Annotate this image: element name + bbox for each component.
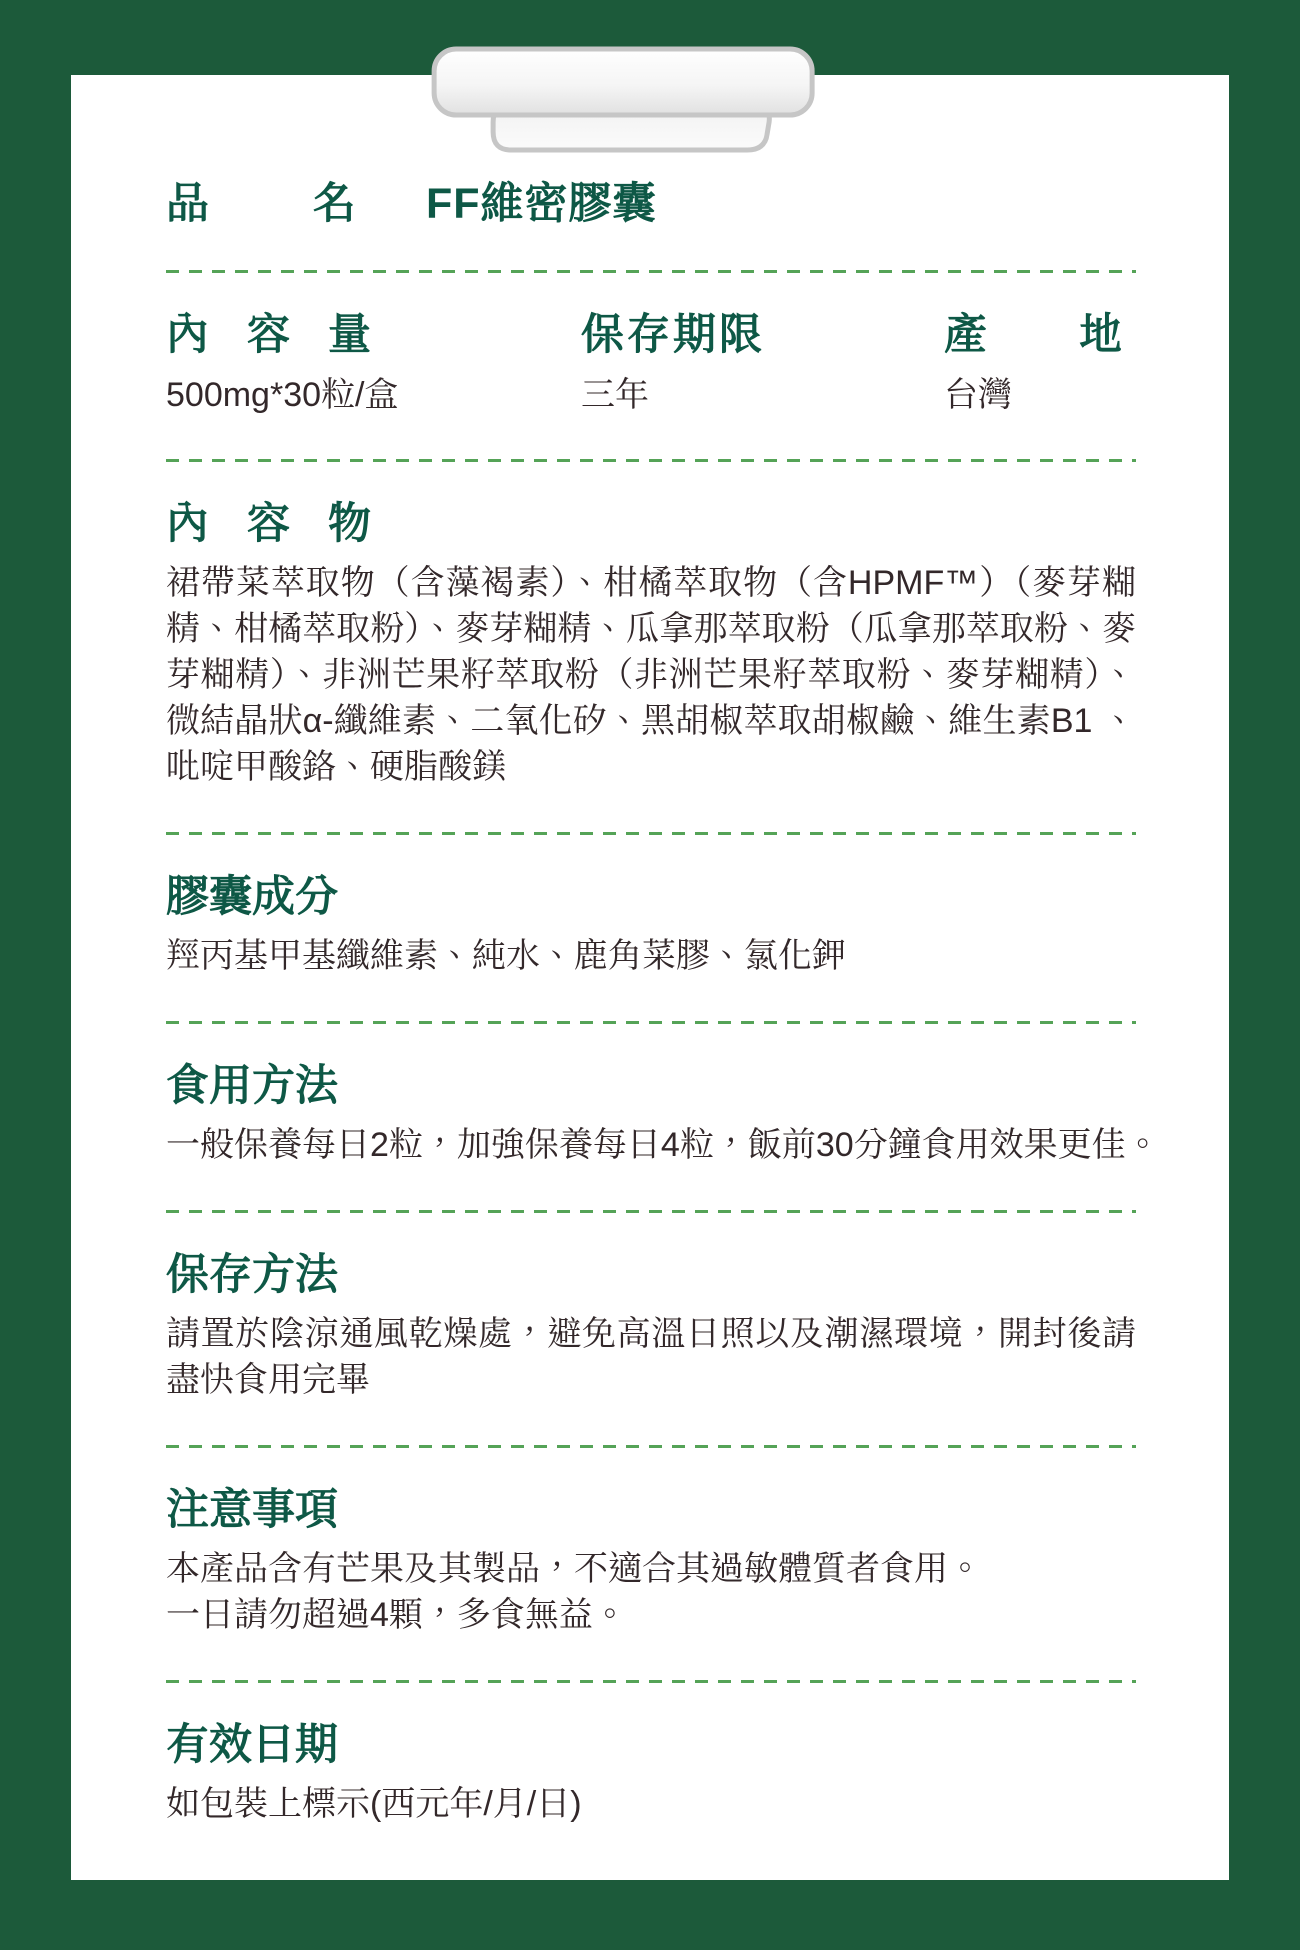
section-specs: 內容量 500mg*30粒/盒 保存期限 三年 產地 台灣 [166, 273, 1136, 459]
expiry-label: 有效日期 [166, 1717, 1136, 1773]
capsule-label: 膠囊成分 [166, 869, 1136, 925]
origin-value: 台灣 [944, 373, 1136, 417]
spec-column-shelf-life: 保存期限 三年 [581, 307, 944, 417]
contents-body: 裙帶菜萃取物（含藻褐素）、柑橘萃取物（含HPMF™）（麥芽糊精、柑橘萃取粉）、麥… [166, 560, 1136, 790]
product-name-label: 品名 [166, 176, 356, 232]
section-storage: 保存方法 請置於陰涼通風乾燥處，避免高溫日照以及潮濕環境，開封後請盡快食用完畢 [166, 1213, 1136, 1445]
notes-body: 本產品含有芒果及其製品，不適合其過敏體質者食用。 一日請勿超過4顆，多食無益。 [166, 1546, 1136, 1638]
spec-column-origin: 產地 台灣 [944, 307, 1136, 417]
usage-label: 食用方法 [166, 1058, 1136, 1114]
origin-label: 產地 [944, 307, 1122, 363]
contents-label: 內容物 [166, 496, 371, 552]
shelf-life-value: 三年 [581, 373, 944, 417]
expiry-body: 如包裝上標示(西元年/月/日) [166, 1781, 1136, 1827]
spec-column-volume: 內容量 500mg*30粒/盒 [166, 307, 581, 417]
green-background: 品名 FF維密膠囊 內容量 500mg*30粒/盒 保存期限 三年 產地 台灣 [0, 0, 1300, 1950]
capsule-body: 羥丙基甲基纖維素、純水、鹿角菜膠、氯化鉀 [166, 933, 1136, 979]
usage-body: 一般保養每日2粒，加強保養每日4粒，飯前30分鐘食用效果更佳。 [166, 1122, 1136, 1168]
section-contents: 內容物 裙帶菜萃取物（含藻褐素）、柑橘萃取物（含HPMF™）（麥芽糊精、柑橘萃取… [166, 462, 1136, 832]
section-expiry: 有效日期 如包裝上標示(西元年/月/日) [166, 1683, 1136, 1869]
notes-label: 注意事項 [166, 1482, 1136, 1538]
product-name-value: FF維密膠囊 [426, 176, 657, 232]
section-capsule: 膠囊成分 羥丙基甲基纖維素、純水、鹿角菜膠、氯化鉀 [166, 835, 1136, 1021]
clipboard-clip-icon [431, 46, 815, 163]
shelf-life-label: 保存期限 [581, 311, 765, 359]
card-content: 品名 FF維密膠囊 內容量 500mg*30粒/盒 保存期限 三年 產地 台灣 [71, 75, 1229, 1899]
section-usage: 食用方法 一般保養每日2粒，加強保養每日4粒，飯前30分鐘食用效果更佳。 [166, 1024, 1136, 1210]
notes-line: 本產品含有芒果及其製品，不適合其過敏體質者食用。 [166, 1546, 1136, 1592]
section-notes: 注意事項 本產品含有芒果及其製品，不適合其過敏體質者食用。 一日請勿超過4顆，多… [166, 1448, 1136, 1680]
notes-line: 一日請勿超過4顆，多食無益。 [166, 1592, 1136, 1638]
storage-label: 保存方法 [166, 1247, 1136, 1303]
storage-body: 請置於陰涼通風乾燥處，避免高溫日照以及潮濕環境，開封後請盡快食用完畢 [166, 1311, 1136, 1403]
volume-label: 內容量 [166, 307, 371, 363]
product-info-card: 品名 FF維密膠囊 內容量 500mg*30粒/盒 保存期限 三年 產地 台灣 [71, 75, 1229, 1880]
volume-value: 500mg*30粒/盒 [166, 373, 581, 417]
